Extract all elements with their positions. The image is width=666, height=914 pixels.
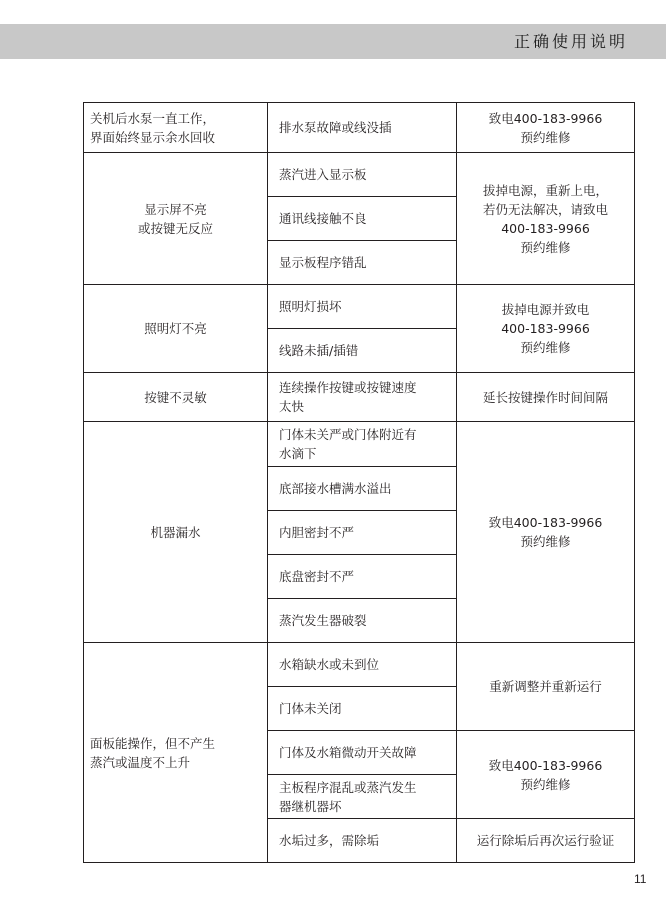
solution-cell: 运行除垢后再次运行验证 bbox=[457, 819, 635, 863]
header-band: 正确使用说明 bbox=[0, 24, 666, 59]
cause-cell: 连续操作按键或按键速度 太快 bbox=[268, 373, 457, 422]
cause-cell: 显示板程序错乱 bbox=[268, 241, 457, 285]
problem-cell: 显示屏不亮 或按键无反应 bbox=[84, 153, 268, 285]
table-row: 按键不灵敏 连续操作按键或按键速度 太快 延长按键操作时间间隔 bbox=[84, 373, 635, 422]
table-row: 照明灯不亮 照明灯损坏 拔掉电源并致电 400-183-9966 预约维修 bbox=[84, 285, 635, 329]
table-row: 面板能操作，但不产生 蒸汽或温度不上升 水箱缺水或未到位 重新调整并重新运行 bbox=[84, 643, 635, 687]
problem-cell: 按键不灵敏 bbox=[84, 373, 268, 422]
table-row: 关机后水泵一直工作， 界面始终显示余水回收 排水泵故障或线没插 致电400-18… bbox=[84, 103, 635, 153]
solution-cell: 延长按键操作时间间隔 bbox=[457, 373, 635, 422]
problem-cell: 照明灯不亮 bbox=[84, 285, 268, 373]
cause-cell: 底部接水槽满水溢出 bbox=[268, 467, 457, 511]
problem-cell: 关机后水泵一直工作， 界面始终显示余水回收 bbox=[84, 103, 268, 153]
problem-cell: 机器漏水 bbox=[84, 422, 268, 643]
solution-cell: 致电400-183-9966 预约维修 bbox=[457, 422, 635, 643]
cause-cell: 蒸汽进入显示板 bbox=[268, 153, 457, 197]
cause-cell: 水箱缺水或未到位 bbox=[268, 643, 457, 687]
solution-cell: 拔掉电源，重新上电， 若仍无法解决，请致电 400-183-9966 预约维修 bbox=[457, 153, 635, 285]
table-row: 显示屏不亮 或按键无反应 蒸汽进入显示板 拔掉电源，重新上电， 若仍无法解决，请… bbox=[84, 153, 635, 197]
cause-cell: 门体未关闭 bbox=[268, 687, 457, 731]
cause-cell: 照明灯损坏 bbox=[268, 285, 457, 329]
table-row: 机器漏水 门体未关严或门体附近有 水滴下 致电400-183-9966 预约维修 bbox=[84, 422, 635, 467]
cause-cell: 蒸汽发生器破裂 bbox=[268, 599, 457, 643]
solution-cell: 拔掉电源并致电 400-183-9966 预约维修 bbox=[457, 285, 635, 373]
page-number: 11 bbox=[634, 872, 646, 886]
problem-cell: 面板能操作，但不产生 蒸汽或温度不上升 bbox=[84, 643, 268, 863]
solution-cell: 重新调整并重新运行 bbox=[457, 643, 635, 731]
cause-cell: 底盘密封不严 bbox=[268, 555, 457, 599]
cause-cell: 通讯线接触不良 bbox=[268, 197, 457, 241]
cause-cell: 水垢过多，需除垢 bbox=[268, 819, 457, 863]
cause-cell: 排水泵故障或线没插 bbox=[268, 103, 457, 153]
cause-cell: 门体及水箱微动开关故障 bbox=[268, 731, 457, 775]
troubleshooting-table: 关机后水泵一直工作， 界面始终显示余水回收 排水泵故障或线没插 致电400-18… bbox=[83, 102, 635, 863]
cause-cell: 门体未关严或门体附近有 水滴下 bbox=[268, 422, 457, 467]
solution-cell: 致电400-183-9966 预约维修 bbox=[457, 103, 635, 153]
cause-cell: 线路未插/插错 bbox=[268, 329, 457, 373]
cause-cell: 主板程序混乱或蒸汽发生 器继机器坏 bbox=[268, 775, 457, 819]
cause-cell: 内胆密封不严 bbox=[268, 511, 457, 555]
page-title: 正确使用说明 bbox=[514, 30, 628, 54]
solution-cell: 致电400-183-9966 预约维修 bbox=[457, 731, 635, 819]
